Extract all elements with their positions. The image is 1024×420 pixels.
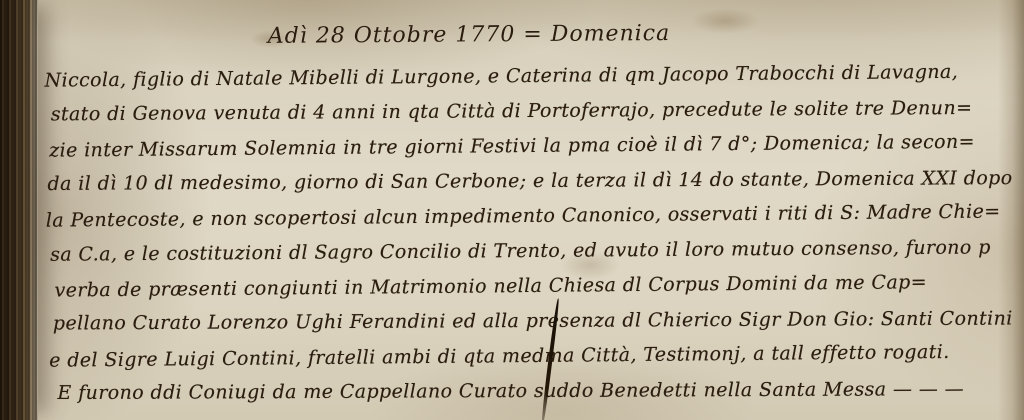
manuscript-line: pellano Curato Lorenzo Ughi Ferandini ed… <box>45 301 1015 341</box>
entry-body: Niccola, figlio di Natale Mibelli di Lur… <box>42 54 1015 413</box>
book-binding-gutter <box>0 0 38 420</box>
manuscript-text-area: Adì 28 Ottobre 1770 = Domenica Niccola, … <box>44 0 1014 409</box>
manuscript-line: E furono ddi Coniugi da me Cappellano Cu… <box>45 372 1015 411</box>
entry-date-heading: Adì 28 Ottobre 1770 = Domenica <box>44 19 1014 51</box>
manuscript-page: Adì 28 Ottobre 1770 = Domenica Niccola, … <box>0 0 1024 420</box>
manuscript-line: stato di Genova venuta di 4 anni in qta … <box>43 91 1013 133</box>
manuscript-line: da il dì 10 dl medesimo, giorno di San C… <box>43 161 1013 202</box>
